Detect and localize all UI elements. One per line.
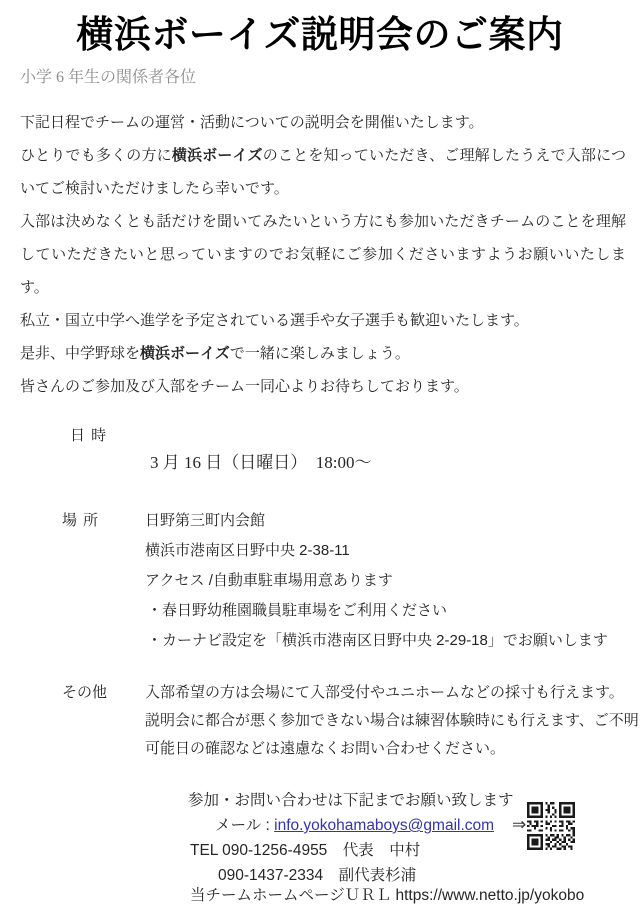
text-run: ひとりでも多くの方に <box>20 147 172 164</box>
place-address: 横浜市港南区日野中央 2-38-11 <box>145 541 350 561</box>
paragraph-3: 入部は決めなくとも話だけを聞いてみたいという方にも参加いただきチームのことを理解… <box>20 205 626 304</box>
homepage-url: 当チームホームページＵＲＬ https://www.netto.jp/yokob… <box>190 886 584 906</box>
place-label: 場 所 <box>62 511 99 531</box>
access-note-2: ・カーナビ設定を「横浜市港南区日野中央 2-29-18」でお願いします <box>147 631 608 651</box>
other-line-1: 入部希望の方は会場にて入部受付やユニホームなどの採寸も行えます。 <box>145 683 624 703</box>
document-page: 横浜ボーイズ説明会のご案内 小学 6 年生の関係者各位 下記日程でチームの運営・… <box>0 0 640 909</box>
salutation: 小学 6 年生の関係者各位 <box>20 64 196 87</box>
email-label: メール : <box>215 817 274 834</box>
other-line-2: 説明会に都合が悪く参加できない場合は練習体験時にも行えます、ご不明な点や体験 <box>145 711 640 731</box>
text-run: 是非、中学野球を <box>20 345 140 362</box>
contact-heading: 参加・お問い合わせは下記までお願い致します <box>188 791 514 811</box>
paragraph-2: ひとりでも多くの方に横浜ボーイズのことを知っていただき、ご理解したうえで入部につ… <box>20 139 626 205</box>
qr-code-icon <box>527 802 575 850</box>
access-info: アクセス /自動車駐車場用意あります <box>145 571 393 591</box>
place-name: 日野第三町内会館 <box>145 511 265 531</box>
email-link[interactable]: info.yokohamaboys@gmail.com <box>274 817 494 834</box>
contact-email-line: メール : info.yokohamaboys@gmail.com⇒ <box>215 815 526 836</box>
paragraph-4: 私立・国立中学へ進学を予定されている選手や女子選手も歓迎いたします。 <box>20 304 626 337</box>
contact-tel-secondary: 090-1437-2334 副代表杉浦 <box>218 866 416 886</box>
contact-tel-primary: TEL 090-1256-4955 代表 中村 <box>190 841 420 861</box>
other-label: その他 <box>62 683 107 703</box>
team-name-bold: 横浜ボーイズ <box>172 147 263 164</box>
page-title: 横浜ボーイズ説明会のご案内 <box>0 4 640 58</box>
other-line-3: 可能日の確認などは遠慮なくお問い合わせください。 <box>145 739 505 759</box>
right-arrow-icon: ⇒ <box>512 815 526 835</box>
datetime-value: 3 月 16 日（日曜日） 18:00～ <box>150 453 371 473</box>
intro-paragraphs: 下記日程でチームの運営・活動についての説明会を開催いたします。 ひとりでも多くの… <box>20 106 626 403</box>
datetime-label: 日 時 <box>70 426 107 446</box>
paragraph-5: 是非、中学野球を横浜ボーイズで一緒に楽しみましょう。 <box>20 337 626 370</box>
paragraph-6: 皆さんのご参加及び入部をチーム一同心よりお待ちしております。 <box>20 370 626 403</box>
text-run: で一緒に楽しみましょう。 <box>230 345 410 362</box>
paragraph-1: 下記日程でチームの運営・活動についての説明会を開催いたします。 <box>20 106 626 139</box>
access-note-1: ・春日野幼稚園職員駐車場をご利用ください <box>147 601 447 621</box>
team-name-bold: 横浜ボーイズ <box>140 345 230 362</box>
